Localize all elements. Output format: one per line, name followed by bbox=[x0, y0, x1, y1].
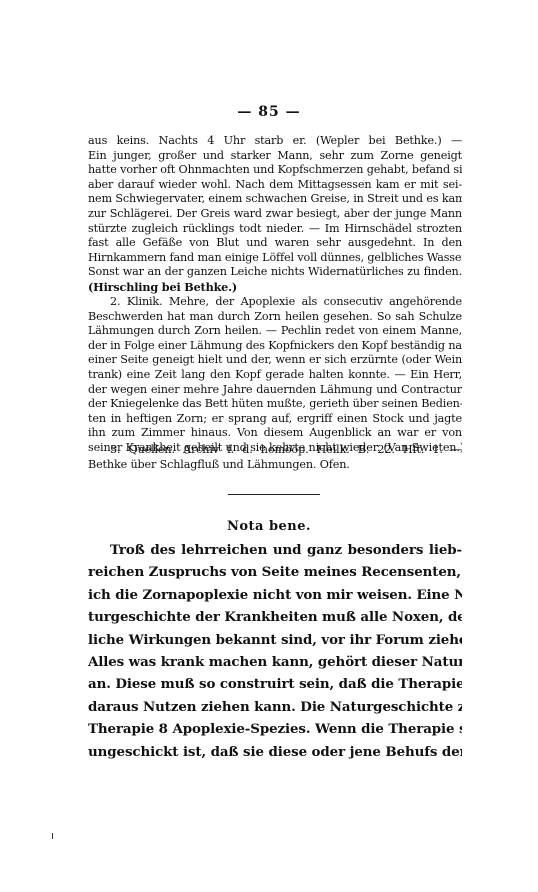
text-line: an. Diese muß so construirt sein, daß di… bbox=[88, 673, 462, 695]
nota-bene-title: Nota bene. bbox=[0, 519, 538, 534]
text-line: aber darauf wieder wohl. Nach dem Mittag… bbox=[88, 178, 462, 193]
text-line: Sonst war an der ganzen Leiche nichts Wi… bbox=[88, 265, 462, 280]
section-heading-line: 2. Klinik. Mehre, der Apoplexie als cons… bbox=[88, 295, 462, 310]
case-report-paragraph: aus keins. Nachts 4 Uhr starb er. (Weple… bbox=[88, 134, 462, 295]
text-line: stürzte zugleich rücklings todt nieder. … bbox=[88, 222, 462, 237]
text-line: daraus Nutzen ziehen kann. Die Naturgesc… bbox=[88, 696, 462, 718]
text-line: reichen Zuspruchs von Seite meines Recen… bbox=[88, 561, 462, 583]
nota-bene-paragraph: Troß des lehrreichen und ganz besonders … bbox=[88, 539, 462, 763]
text-line: Troß des lehrreichen und ganz besonders … bbox=[88, 539, 462, 561]
text-line: hatte vorher oft Ohnmachten und Kopfschm… bbox=[88, 163, 462, 178]
text-line: aus keins. Nachts 4 Uhr starb er. (Weple… bbox=[88, 134, 462, 149]
text-line: nem Schwiegervater, einem schwachen Grei… bbox=[88, 192, 462, 207]
text-line: ten in heftigen Zorn; er sprang auf, erg… bbox=[88, 412, 462, 427]
text-line: Hirnkammern fand man einige Löffel voll … bbox=[88, 251, 462, 266]
text-line: Ein junger, großer und starker Mann, seh… bbox=[88, 149, 462, 164]
section-divider bbox=[228, 494, 320, 495]
text-line: der Kniegelenke das Bett hüten mußte, ge… bbox=[88, 397, 462, 412]
text-line: zur Schlägerei. Der Greis ward zwar besi… bbox=[88, 207, 462, 222]
quellen-section: 3. Quellen. Archiv f. d. homöop. Heilk. … bbox=[88, 443, 462, 472]
text-line: der in Folge einer Lähmung des Kopfnicke… bbox=[88, 339, 462, 354]
text-line: ungeschickt ist, daß sie diese oder jene… bbox=[88, 741, 462, 763]
text-line: Beschwerden hat man durch Zorn heilen ge… bbox=[88, 310, 462, 325]
text-line: Alles was krank machen kann, gehört dies… bbox=[88, 651, 462, 673]
text-line: Bethke über Schlagfluß und Lähmungen. Of… bbox=[88, 458, 462, 473]
text-line: liche Wirkungen bekannt sind, vor ihr Fo… bbox=[88, 629, 462, 651]
text-line: fast alle Gefäße von Blut und waren sehr… bbox=[88, 236, 462, 251]
klinik-section: 2. Klinik. Mehre, der Apoplexie als cons… bbox=[88, 295, 462, 456]
text-line: ihn zum Zimmer hinaus. Von diesem Augenb… bbox=[88, 426, 462, 441]
text-line: trank) eine Zeit lang den Kopf gerade ha… bbox=[88, 368, 462, 383]
margin-mark bbox=[52, 833, 53, 839]
book-page: — 85 — aus keins. Nachts 4 Uhr starb er.… bbox=[0, 0, 538, 892]
text-line: Lähmungen durch Zorn heilen. — Pechlin r… bbox=[88, 324, 462, 339]
text-line: einer Seite geneigt hielt und der, wenn … bbox=[88, 353, 462, 368]
citation-line: (Hirschling bei Bethke.) bbox=[88, 280, 462, 295]
text-line: Therapie 8 Apoplexie-Spezies. Wenn die T… bbox=[88, 718, 462, 740]
section-heading-line: 3. Quellen. Archiv f. d. homöop. Heilk. … bbox=[88, 443, 462, 458]
text-line: ich die Zornapoplexie nicht von mir weis… bbox=[88, 584, 462, 606]
text-line: turgeschichte der Krankheiten muß alle N… bbox=[88, 606, 462, 628]
text-line: der wegen einer mehre Jahre dauernden Lä… bbox=[88, 383, 462, 398]
page-number: — 85 — bbox=[0, 104, 538, 120]
